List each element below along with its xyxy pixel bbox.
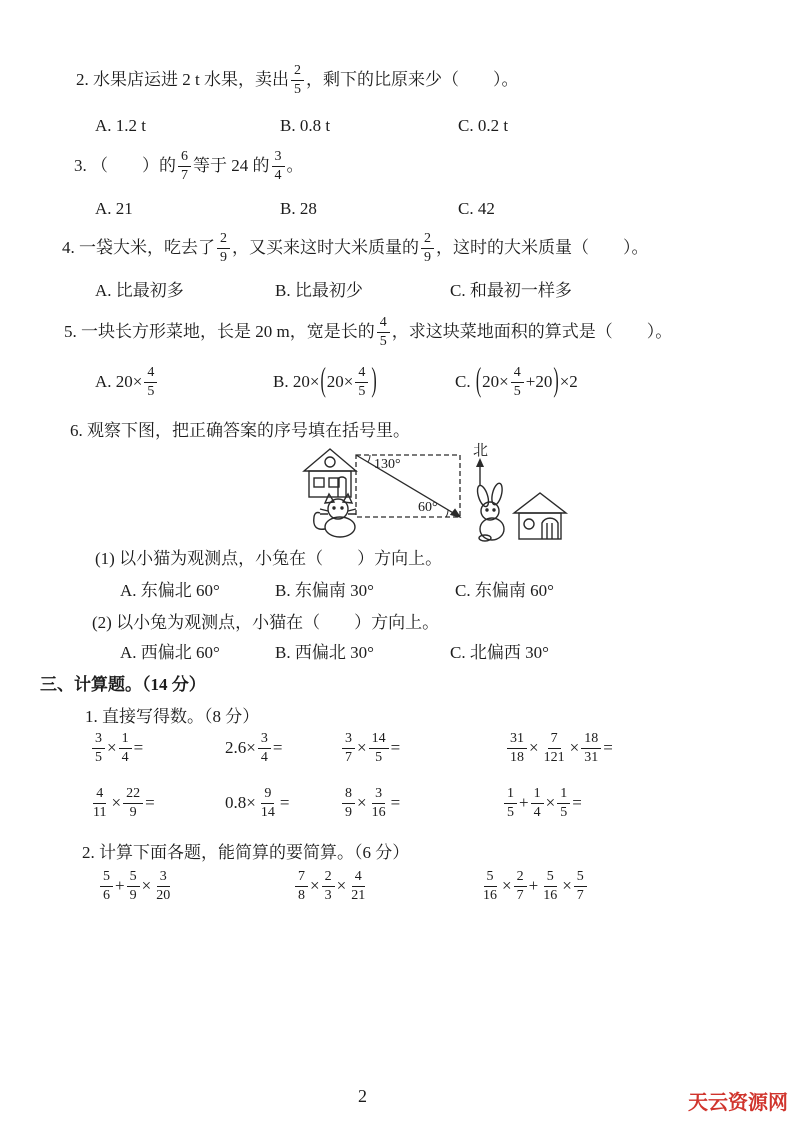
fraction: 145 [369,732,389,765]
question-5: 5. 一块长方形菜地，长是 20 m，宽是长的45，求这块菜地面积的算式是（ ）… [64,310,672,354]
question-4-option-c: C. 和最初一样多 [450,280,572,302]
question-5-option-a: A. 20×45 [95,360,273,405]
rabbit-icon [475,482,504,541]
question-2-text: 水果店运进 2 t 水果，卖出25，剩下的比原来少（ ）。 [93,70,518,89]
question-2-options: A. 1.2 t B. 0.8 t C. 0.2 t [95,115,508,137]
fraction: 45 [144,366,157,399]
question-6-sub-1-options: A. 东偏北 60° B. 东偏南 30° C. 东偏南 60° [120,580,554,602]
question-4: 4. 一袋大米，吃去了29，又买来这时大米质量的29，这时的大米质量（ ）。 [62,226,649,270]
angle-top-label: 130° [374,457,401,472]
fraction: 229 [123,787,143,820]
calc-expression: 3118×7121×1831= [505,726,613,770]
fraction: 29 [421,232,434,265]
fraction: 516 [480,870,500,903]
fraction: 45 [511,366,524,399]
tall-paren: ) [370,336,377,428]
question-6-sub-2-option-a: A. 西偏北 60° [120,642,275,664]
fraction: 67 [178,150,191,183]
sight-line [356,455,460,517]
question-4-option-b: B. 比最初少 [275,280,450,302]
calc-expression: 2.6×34= [225,726,340,770]
fraction: 89 [342,787,355,820]
question-4-option-a: A. 比最初多 [95,280,275,302]
fraction: 914 [258,787,278,820]
cat-icon [314,494,356,537]
fraction: 7121 [541,732,568,765]
watermark: 天云资源网 [688,1086,788,1115]
fraction: 23 [322,870,335,903]
question-5-options: A. 20×45 B. 20×(20×45) C. (20×45+20)×2 [95,360,578,405]
house-icon [514,493,566,539]
question-6-text: 观察下图，把正确答案的序号填在括号里。 [87,421,410,440]
fraction: 15 [504,787,517,820]
calc-expression: 78×23×421 [293,864,478,908]
question-6-sub-2-option-c: C. 北偏西 30° [450,642,549,664]
question-3-options: A. 21 B. 28 C. 42 [95,198,495,220]
question-6-sub-1-number: (1) [95,549,115,568]
question-6-sub-2-text: 以小兔为观测点，小猫在（ ）方向上。 [116,613,439,632]
question-6-sub-1-option-c: C. 东偏南 60° [455,580,554,602]
fraction: 29 [217,232,230,265]
fraction: 34 [258,732,271,765]
fraction: 411 [90,787,109,820]
fraction: 34 [272,150,285,183]
question-6-sub-2-number: (2) [92,613,112,632]
calc-expression: 56+59×320 [98,864,293,908]
section-3-part-1-title: 1. 直接写得数。（8 分） [85,706,259,728]
angle-bottom-label: 60° [418,500,438,515]
question-6-sub-2-options: A. 西偏北 60° B. 西偏北 30° C. 北偏西 30° [120,642,549,664]
question-2-number: 2. [76,70,89,89]
fraction: 316 [369,787,389,820]
section-3-title: 三、计算题。（14 分） [40,674,206,696]
question-6: 6. 观察下图，把正确答案的序号填在括号里。 [70,420,410,442]
question-3-option-b: B. 28 [280,198,458,220]
question-6-diagram: 130° 60° 北 [290,441,570,548]
angle-arc-top [368,455,370,462]
fraction: 25 [291,64,304,97]
question-5-option-b: B. 20×(20×45) [273,360,455,405]
fraction: 516 [540,870,560,903]
question-2-option-b: B. 0.8 t [280,115,458,137]
calc-expression: 411×229= [88,781,225,825]
tall-paren: ) [552,336,559,428]
calc-expression: 37×145= [340,726,505,770]
svg-text:北: 北 [473,442,488,459]
question-5-option-c: C. (20×45+20)×2 [455,360,578,405]
fraction: 57 [574,870,587,903]
question-3-number: 3. [74,156,87,175]
question-6-sub-2-option-b: B. 西偏北 30° [275,642,450,664]
fraction: 27 [514,870,527,903]
question-3-text: （ ）的67等于 24 的34。 [91,156,304,175]
fraction: 56 [100,870,113,903]
calc-expression: 15+14×15= [502,781,582,825]
page-number: 2 [358,1086,367,1107]
tall-paren: ( [319,336,326,428]
fraction: 45 [377,316,390,349]
calc-row-2: 411×229= 0.8×914= 89×316= 15+14×15= [88,781,582,825]
exam-page: 2. 水果店运进 2 t 水果，卖出25，剩下的比原来少（ ）。 A. 1.2 … [0,0,793,1122]
calc-row-3: 56+59×320 78×23×421 516×27+516×57 [98,864,589,908]
section-3-part-2-title: 2. 计算下面各题，能简算的要简算。（6 分） [82,842,409,864]
tall-paren: ( [475,336,482,428]
question-5-number: 5. [64,322,77,341]
fraction: 45 [355,366,368,399]
fraction: 35 [92,732,105,765]
question-6-sub-1: (1) 以小猫为观测点，小兔在（ ）方向上。 [95,548,442,570]
calc-expression: 516×27+516×57 [478,864,589,908]
calc-expression: 35×14= [90,726,225,770]
question-3-option-a: A. 21 [95,198,280,220]
question-2: 2. 水果店运进 2 t 水果，卖出25，剩下的比原来少（ ）。 [76,58,518,102]
fraction: 1831 [581,732,601,765]
fraction: 78 [295,870,308,903]
fraction: 3118 [507,732,527,765]
house-icon [304,449,356,497]
question-4-text: 一袋大米，吃去了29，又买来这时大米质量的29，这时的大米质量（ ）。 [79,238,649,257]
fraction: 14 [119,732,132,765]
calc-expression: 89×316= [340,781,502,825]
angle-arc-bottom [446,510,448,517]
question-3-option-c: C. 42 [458,198,495,220]
fraction: 14 [531,787,544,820]
question-4-number: 4. [62,238,75,257]
question-4-options: A. 比最初多 B. 比最初少 C. 和最初一样多 [95,280,572,302]
question-6-sub-1-option-b: B. 东偏南 30° [275,580,455,602]
calc-expression: 0.8×914= [225,781,340,825]
fraction: 421 [348,870,368,903]
question-6-sub-1-option-a: A. 东偏北 60° [120,580,275,602]
question-6-sub-1-text: 以小猫为观测点，小兔在（ ）方向上。 [119,549,442,568]
question-2-option-c: C. 0.2 t [458,115,508,137]
fraction: 320 [153,870,173,903]
question-2-option-a: A. 1.2 t [95,115,280,137]
fraction: 37 [342,732,355,765]
fraction: 59 [127,870,140,903]
north-arrow-icon: 北 [473,442,488,486]
question-6-number: 6. [70,421,83,440]
fraction: 15 [557,787,570,820]
question-6-sub-2: (2) 以小兔为观测点，小猫在（ ）方向上。 [92,612,439,634]
calc-row-1: 35×14= 2.6×34= 37×145= 3118×7121×1831= [90,726,613,770]
question-3: 3. （ ）的67等于 24 的34。 [74,144,304,188]
